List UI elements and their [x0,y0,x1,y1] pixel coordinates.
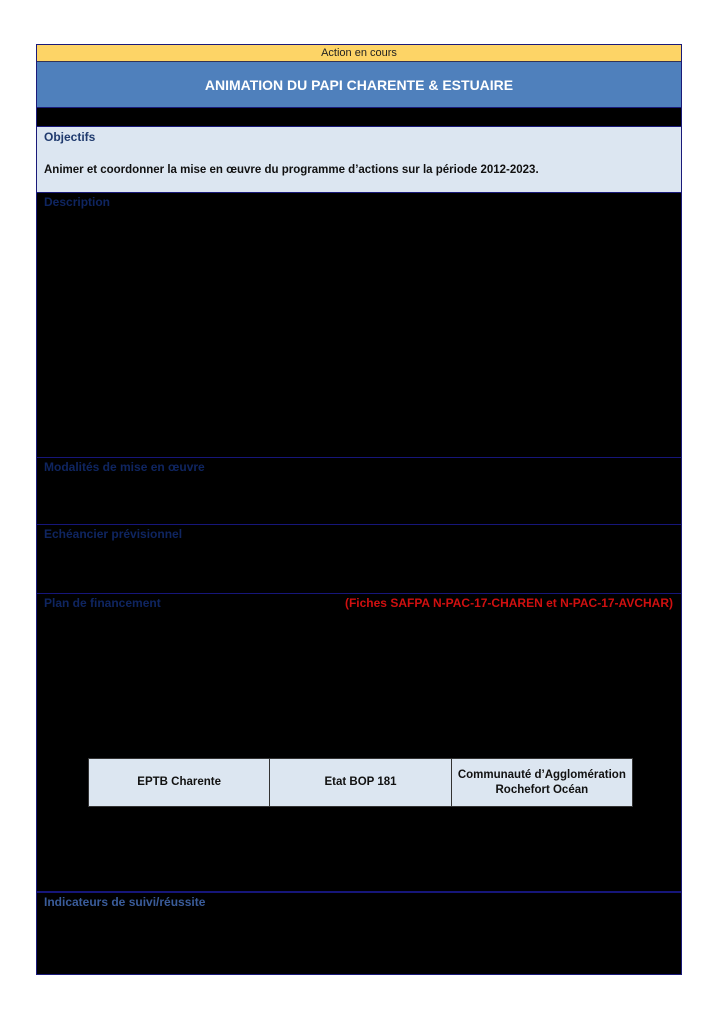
indicateurs-section: Indicateurs de suivi/réussite [37,891,681,975]
financement-note: (Fiches SAFPA N-PAC-17-CHAREN et N-PAC-1… [345,596,673,610]
modalites-section: Modalités de mise en œuvre [37,457,681,524]
title-banner: ANIMATION DU PAPI CHARENTE & ESTUAIRE [37,62,681,108]
objectives-text: Animer et coordonner la mise en œuvre du… [44,164,539,176]
table-row: EPTB Charente Etat BOP 181 Communauté d’… [89,759,633,807]
status-banner: Action en cours [37,45,681,62]
action-sheet: Action en cours ANIMATION DU PAPI CHAREN… [36,44,682,975]
funding-col-eptb: EPTB Charente [89,759,270,807]
financement-label: Plan de financement [44,596,161,610]
financement-section: Plan de financement (Fiches SAFPA N-PAC-… [37,593,681,891]
echeancier-label: Echéancier prévisionnel [44,527,182,541]
objectives-label: Objectifs [44,130,95,144]
indicateurs-label: Indicateurs de suivi/réussite [44,895,205,909]
modalites-label: Modalités de mise en œuvre [44,460,205,474]
description-label: Description [44,195,110,209]
objectives-section: Objectifs Animer et coordonner la mise e… [37,126,681,193]
funding-col-caro: Communauté d’Agglomération Rochefort Océ… [451,759,632,807]
funding-col-etat: Etat BOP 181 [270,759,451,807]
description-section: Description [37,193,681,457]
status-text: Action en cours [321,47,397,59]
echeancier-section: Echéancier prévisionnel [37,524,681,593]
page-title: ANIMATION DU PAPI CHARENTE & ESTUAIRE [205,77,513,93]
funding-table: EPTB Charente Etat BOP 181 Communauté d’… [88,758,633,807]
